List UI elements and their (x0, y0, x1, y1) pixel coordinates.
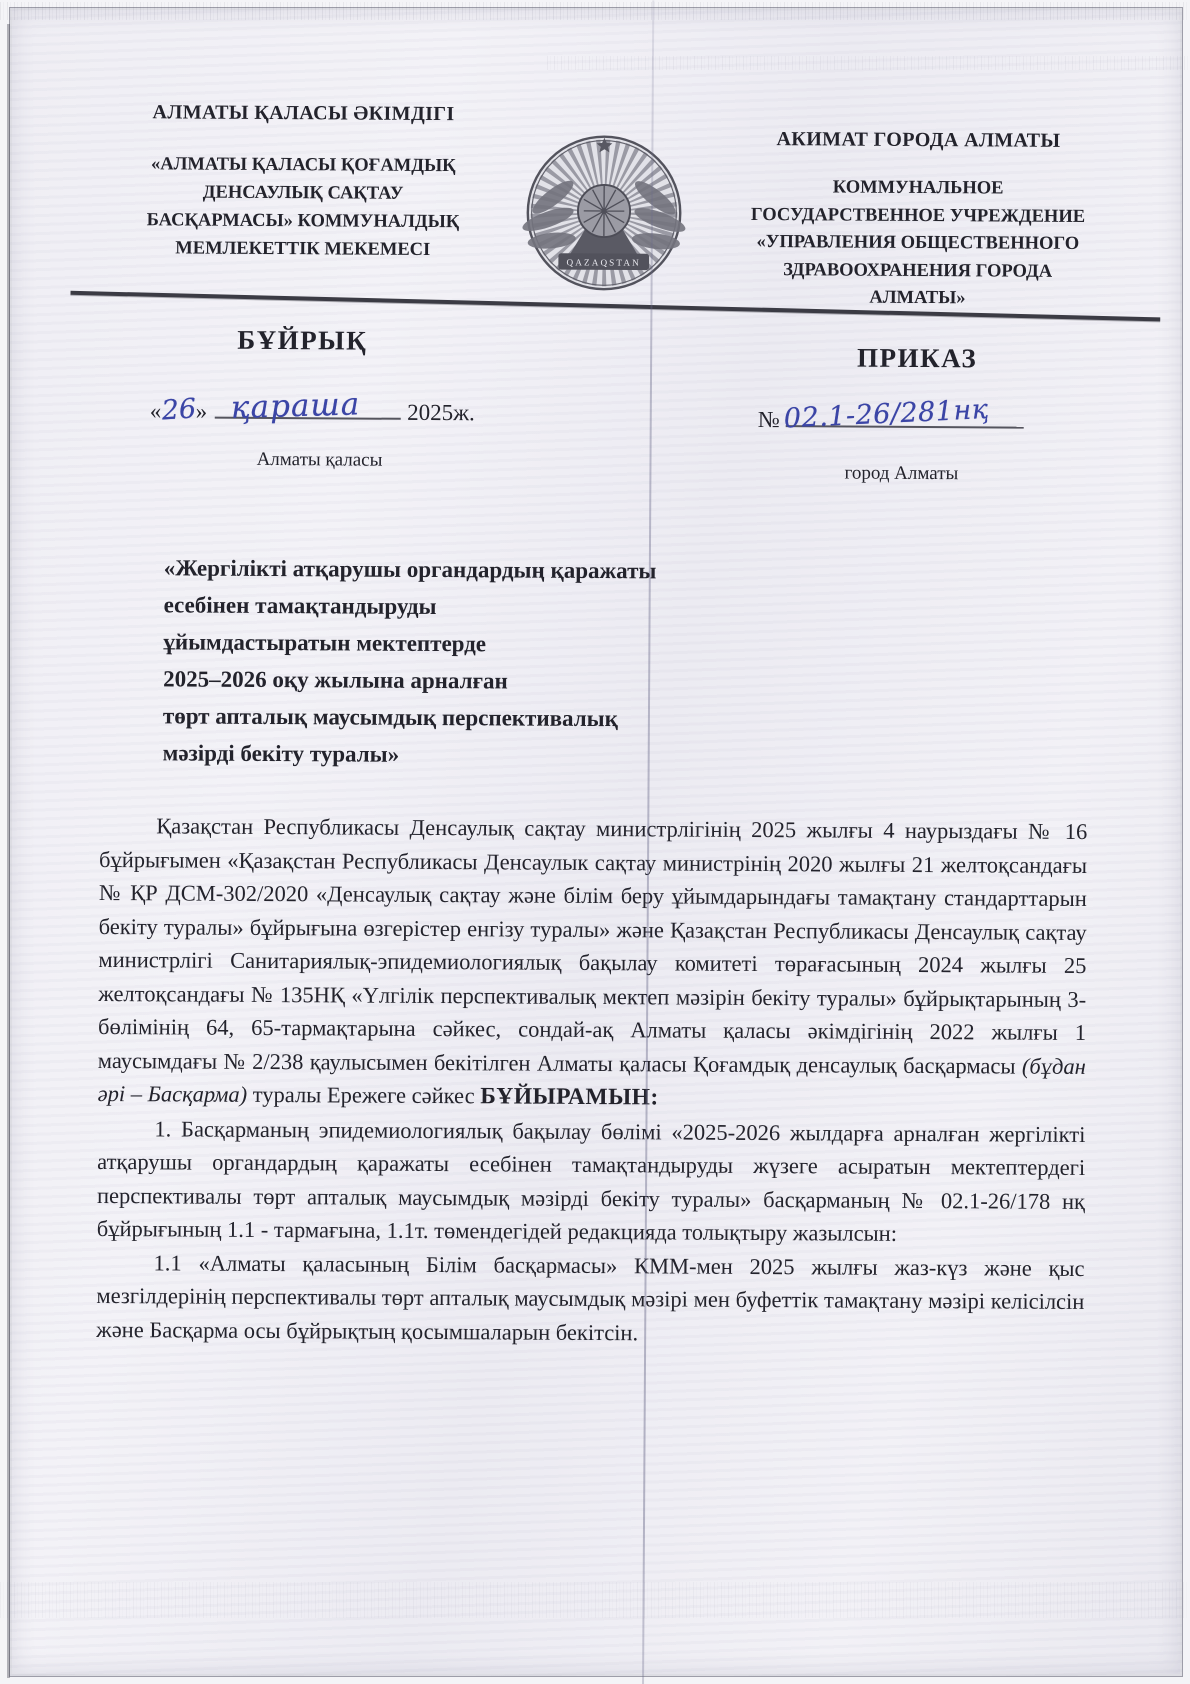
akimat-title-kk: АЛМАТЫ ҚАЛАСЫ ӘКІМДІГІ (92, 101, 516, 127)
order-subject-title: «Жергілікті атқарушы органдардың қаражат… (163, 549, 774, 775)
document-content: АЛМАТЫ ҚАЛАСЫ ӘКІМДІГІ «АЛМАТЫ ҚАЛАСЫ ҚО… (0, 0, 1190, 1684)
order-heading-kk: БҰЙРЫҚ (90, 324, 514, 358)
order-number-line: №02.1-26/281нқ (758, 399, 1024, 435)
kazakhstan-state-emblem-icon: QAZAQSTAN (522, 126, 687, 295)
paragraph-preamble: Қазақстан Республикасы Денсаулық сақтау … (98, 809, 1088, 1118)
order-body: Қазақстан Республикасы Денсаулық сақтау … (96, 809, 1087, 1352)
organization-name-kk: «АЛМАТЫ ҚАЛАСЫ ҚОҒАМДЫҚ ДЕНСАУЛЫҚ САҚТАУ… (91, 150, 516, 265)
letterhead-russian: АКИМАТ ГОРОДА АЛМАТЫ КОММУНАЛЬНОЕ ГОСУДА… (696, 128, 1139, 314)
order-place-kk: Алматы қаласы (149, 448, 489, 472)
order-heading-ru: ПРИКАЗ (696, 342, 1138, 376)
date-year: 2025ж. (407, 400, 475, 425)
preamble-text-cont: туралы Ережеге сәйкес (247, 1082, 480, 1108)
scanned-page: АЛМАТЫ ҚАЛАСЫ ӘКІМДІГІ «АЛМАТЫ ҚАЛАСЫ ҚО… (0, 0, 1190, 1684)
order-place-ru: город Алматы (735, 462, 1067, 486)
date-quote-open: « (150, 398, 162, 423)
order-date-line: «26»қараша2025ж. (150, 388, 475, 427)
handwritten-day: 26 (160, 393, 196, 426)
paragraph-item-1: 1. Басқарманың эпидемиологиялық бақылау … (97, 1111, 1086, 1251)
handwritten-order-number: 02.1-26/281нқ (783, 394, 989, 434)
paragraph-item-1-1: 1.1 «Алматы қаласының Білім басқармасы» … (96, 1245, 1085, 1352)
preamble-text: Қазақстан Республикасы Денсаулық сақтау … (98, 813, 1088, 1078)
akimat-title-ru: АКИМАТ ГОРОДА АЛМАТЫ (697, 128, 1139, 154)
organization-name-ru: КОММУНАЛЬНОЕ ГОСУДАРСТВЕННОЕ УЧРЕЖДЕНИЕ … (696, 174, 1139, 314)
emblem-graphic: QAZAQSTAN (522, 126, 687, 295)
number-label: № (758, 407, 780, 432)
emblem-banner-text: QAZAQSTAN (567, 257, 641, 267)
date-quote-close: » (196, 399, 208, 424)
handwritten-month: қараша (231, 386, 361, 426)
number-underline: 02.1-26/281нқ (786, 399, 1024, 428)
order-verb-bold: БҰЙЫРАМЫН: (480, 1083, 659, 1110)
date-underline: қараша (215, 389, 401, 420)
letterhead-kazakh: АЛМАТЫ ҚАЛАСЫ ӘКІМДІГІ «АЛМАТЫ ҚАЛАСЫ ҚО… (91, 101, 516, 265)
